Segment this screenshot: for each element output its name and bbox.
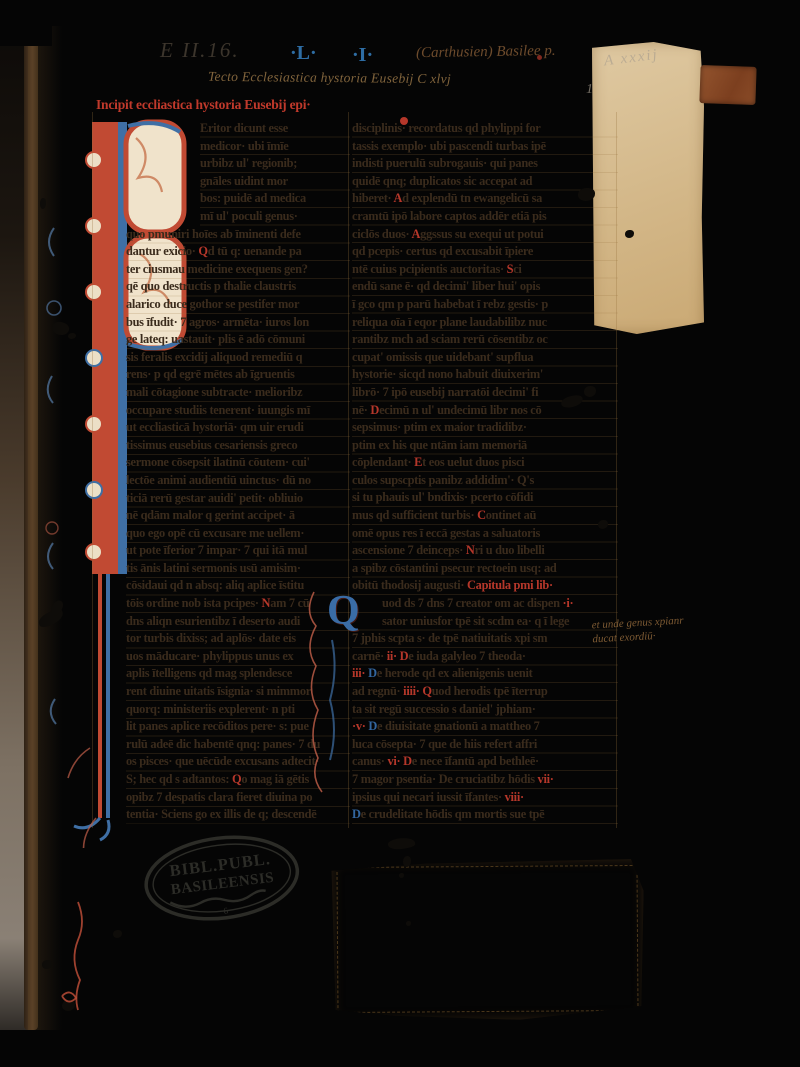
text-line: mali cōtagione subtracte· melioribz bbox=[126, 384, 350, 402]
text-column-left-upper: Eritor dicunt essemedicor· ubi īmīeurbib… bbox=[200, 120, 350, 226]
text-line: carnē· ii· De iuda galyleo 7 theoda· bbox=[352, 648, 618, 666]
text-line: quo ego opē cū excusare me uellem· bbox=[126, 525, 350, 543]
text-line: luca cōsepta· 7 que de hiis refert affri bbox=[352, 736, 618, 754]
text-line: ter ciusmau medicine exequens gen? bbox=[126, 261, 350, 279]
text-line: De crudelitate hōdis qm mortis sue tpē bbox=[352, 806, 618, 824]
blue-letter-mark-l: ·L· bbox=[290, 42, 317, 65]
text-line: cupat' omissis que uidebant' supflua bbox=[352, 349, 618, 367]
text-line: ge lateq: uastauit· plis ē adō cōmuni bbox=[126, 331, 350, 349]
text-line: medicor· ubi īmīe bbox=[200, 138, 350, 156]
text-line: sator uniusfor tpē sit scdm ea· q ī lege bbox=[352, 613, 618, 631]
text-line: bos: puidē ad medica bbox=[200, 190, 350, 208]
text-line: gnāles uidint mor bbox=[200, 173, 350, 191]
text-line: dantur exicio· Qd tū q: uenande pa bbox=[126, 243, 350, 261]
leather-tab bbox=[699, 65, 756, 105]
parchment-patch-bottom bbox=[331, 859, 644, 1021]
text-line: 7 jphis scpta s· de tpē natiuitatis xpi … bbox=[352, 630, 618, 648]
text-line: canus· vi· De nece īfantū apd bethleē· bbox=[352, 753, 618, 771]
text-line: sermone cōsepsit ilatinū cōutem· cui' bbox=[126, 454, 350, 472]
text-line: sepsimus· ptim ex maior tradidibz· bbox=[352, 419, 618, 437]
text-line: quo pmuniri hoīes ab īminenti defe bbox=[126, 226, 350, 244]
shelfmark: E II.16. bbox=[160, 38, 240, 63]
text-line: bus īfudit· 7 agros· armēta· iuros lon bbox=[126, 314, 350, 332]
title-note: Tecto Ecclesiastica hystoria Eusebij C x… bbox=[208, 69, 451, 88]
text-line: iii· De herode qd ex alienigenis uenit bbox=[352, 665, 618, 683]
text-line: omē opus res ī eccā gestas a saluatoris bbox=[352, 525, 618, 543]
text-line: obitū thodosij augusti· Capitula pmi lib… bbox=[352, 577, 618, 595]
text-line: tentia· Sciens go ex illis de q; descend… bbox=[126, 806, 350, 824]
text-line: endū sane ē· qd decimi' liber hui' opis bbox=[352, 278, 618, 296]
text-line: ciclōs duos· Aggssus su exequi ut potui bbox=[352, 226, 618, 244]
text-line: tassis exemplo· ubi pascendi turbas ipē bbox=[352, 138, 618, 156]
text-line: ut eccliasticā hystoriā· qm uir erudi bbox=[126, 419, 350, 437]
blue-letter-mark-i: ·I· bbox=[352, 44, 373, 67]
text-line: tis ānis latini sermonis usū amisim· bbox=[126, 560, 350, 578]
provenance-note: (Carthusien) Basilee p. bbox=[416, 43, 556, 62]
text-line: occupare studiis tenerent· iuungis mī bbox=[126, 402, 350, 420]
text-line: lectōe animi audientiū uinctus· dū no bbox=[126, 472, 350, 490]
marginal-note: et unde genus xpianr ducat exordiū· bbox=[591, 614, 684, 647]
text-line: ipsius qui necari iussit īfantes· viii· bbox=[352, 789, 618, 807]
text-line: reliqua oīa ī eqor plane laudabilibz nuc bbox=[352, 314, 618, 332]
text-line: quidē qnq; duplicatos sic accepat ad bbox=[352, 173, 618, 191]
text-line: ī gco qm p parū habebat ī rebz gestis· p bbox=[352, 296, 618, 314]
red-ink-dot bbox=[537, 55, 542, 60]
ruling-line bbox=[92, 112, 93, 828]
red-penwork-flourish bbox=[300, 588, 340, 798]
text-line: rantibz mch ad sciam rerū cōsentibz oc bbox=[352, 331, 618, 349]
text-line: ascensione 7 deinceps· Nri u duo libelli bbox=[352, 542, 618, 560]
text-line: Eritor dicunt esse bbox=[200, 120, 350, 138]
text-line: 7 magor psentia· De cruciatibz hōdis vii… bbox=[352, 771, 618, 789]
text-line: a spibz cōstantini psecur rectoein usq: … bbox=[352, 560, 618, 578]
text-column-right: disciplinis· recordatus qd phylippi fort… bbox=[352, 120, 618, 824]
text-line: ticiā rerū gestar auidi' petit· obliuio bbox=[126, 490, 350, 508]
text-line: urbibz ul' regionib; bbox=[200, 155, 350, 173]
text-line: si tu phauis ul' bndixis· pcerto cōfidi bbox=[352, 489, 618, 507]
text-line: nē qdām malor q gerint accipet· ā bbox=[126, 507, 350, 525]
text-line: mus qd sufficient turbis· Continet aū bbox=[352, 507, 618, 525]
text-line: ntē cuius pcipientis auctoritas· Sci bbox=[352, 261, 618, 279]
text-line: mī ul' poculi genus· bbox=[200, 208, 350, 226]
library-stamp: BIBL.PUBL. BASILEENSIS 6 bbox=[135, 820, 310, 939]
text-line: hystorie· sicqd nono habuit diuixerim' bbox=[352, 366, 618, 384]
text-line: tissimus eusebius cesariensis greco bbox=[126, 437, 350, 455]
text-line: rens· p qd egrē mētes ab īgruentis bbox=[126, 366, 350, 384]
text-line: ta sit regū successio s daniel' jphiam· bbox=[352, 701, 618, 719]
red-margin-flourish bbox=[56, 900, 106, 1020]
text-line: ut pote īferior 7 impar· 7 qui itā mul bbox=[126, 542, 350, 560]
text-line: ·v· De diuisitate gnationū a mattheo 7 bbox=[352, 718, 618, 736]
text-line: sis feralis excidij aliquod remediū q bbox=[126, 349, 350, 367]
text-line: ptim ex his que ntām iam memoriā bbox=[352, 437, 618, 455]
text-line: culos supscptis panibz addidim'· Q's bbox=[352, 472, 618, 490]
text-line: uod ds 7 dns 7 creator om ac dispen ·i· bbox=[352, 595, 618, 613]
text-line: ad regnū· iiii· Quod herodis tpē īterrup bbox=[352, 683, 618, 701]
corner-black-bl bbox=[0, 1030, 120, 1067]
foliation-number: 1 bbox=[586, 82, 593, 98]
manuscript-photo: E II.16. ·L· ·I· (Carthusien) Basilee p.… bbox=[0, 0, 800, 1067]
text-line: alarico duce gothor se pestifer mor bbox=[126, 296, 350, 314]
red-ink-dot bbox=[400, 117, 408, 125]
text-line: cramtū ipō labore captos addēr etiā pis bbox=[352, 208, 618, 226]
text-line: qd pcepis· certus qd excusabit īpiere bbox=[352, 243, 618, 261]
text-line: indisti puerulū subrogauis· qui panes bbox=[352, 155, 618, 173]
text-line: cōplendant· Et eos uelut duos pisci bbox=[352, 454, 618, 472]
text-line: disciplinis· recordatus qd phylippi for bbox=[352, 120, 618, 138]
corner-black-tl bbox=[0, 0, 52, 46]
text-line: qē quo destructis p thalie claustris bbox=[126, 278, 350, 296]
